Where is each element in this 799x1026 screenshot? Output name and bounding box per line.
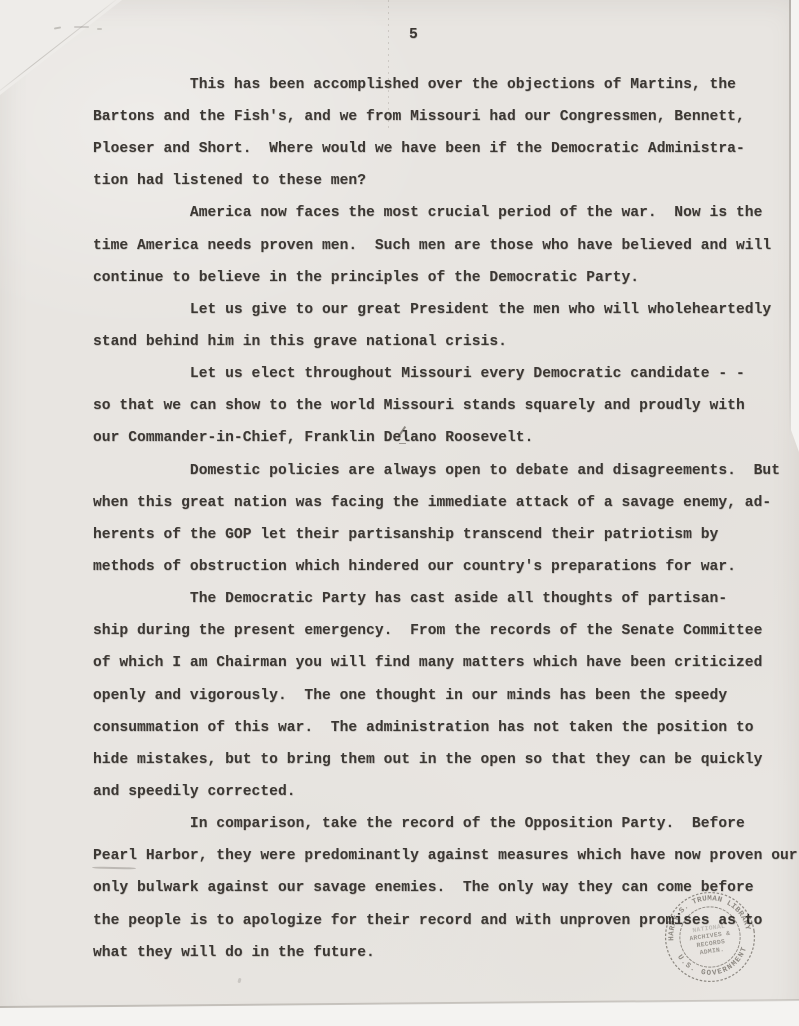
typed-line: Bartons and the Fish's, and we from Miss… [93,101,799,133]
typed-line: herents of the GOP let their partisanshi… [93,519,799,551]
typed-line: continue to believe in the principles of… [93,262,799,294]
typed-line: Let us give to our great President the m… [93,294,799,326]
document-page: 5 This has been accomplished over the ob… [0,0,799,1026]
archives-stamp: HARRY S. TRUMAN LIBRARY U.S. GOVERNMENT … [657,884,763,990]
typed-line: hide mistakes, but to bring them out in … [93,744,799,776]
ink-smudge [97,28,102,30]
typed-line: ship during the present emergency. From … [93,615,799,647]
typed-line: and speedily corrected. [93,776,799,808]
typed-line: openly and vigorously. The one thought i… [93,680,799,712]
typed-line: when this great nation was facing the im… [93,487,799,519]
typed-line: In comparison, take the record of the Op… [93,808,799,840]
ink-smudge [74,26,89,28]
typed-line: time America needs proven men. Such men … [93,230,799,262]
ink-smudge [237,978,241,984]
typed-line: Ploeser and Short. Where would we have b… [93,133,799,165]
scanned-document: { "document": { "page_number": "5", "typ… [0,0,799,1026]
paper-right-edge [789,0,791,438]
typed-line: consummation of this war. The administra… [93,712,799,744]
typed-line: of which I am Chairman you will find man… [93,647,799,679]
typed-line: Pearl Harbor, they were predominantly ag… [93,840,799,872]
typed-line: methods of obstruction which hindered ou… [93,551,799,583]
typed-line: This has been accomplished over the obje… [93,69,799,101]
typed-lines: This has been accomplished over the obje… [93,69,799,969]
typed-line: so that we can show to the world Missour… [93,390,799,422]
typed-line: The Democratic Party has cast aside all … [93,583,799,615]
page-number: 5 [409,19,418,51]
typed-line: Let us elect throughout Missouri every D… [93,358,799,390]
typed-line: America now faces the most crucial perio… [93,197,799,229]
typed-line: our Commander-in-Chief, Franklin Delano … [93,422,799,454]
typed-line: Domestic policies are always open to deb… [93,455,799,487]
typed-line: stand behind him in this grave national … [93,326,799,358]
typewriter-overstrike-dot [399,443,406,444]
typed-line: tion had listened to these men? [93,165,799,197]
